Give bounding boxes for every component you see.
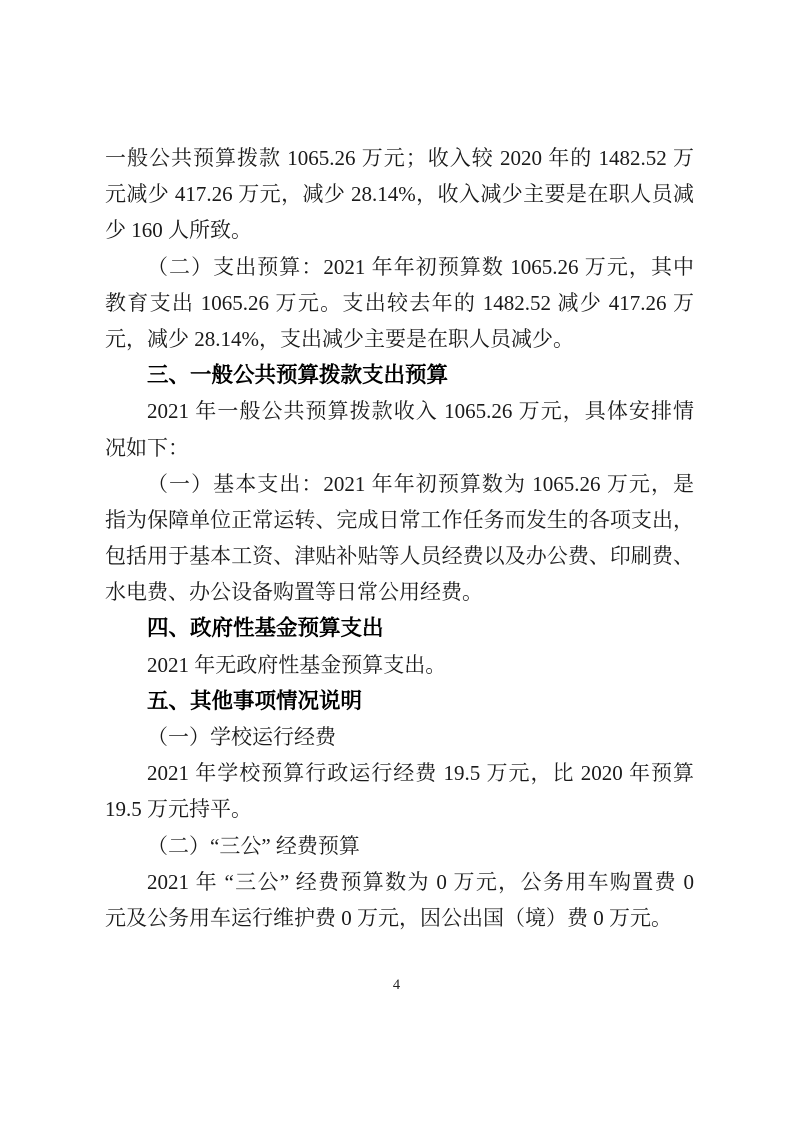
page-footer: 4 (0, 977, 793, 994)
text-line: （一）学校运行经费 (105, 719, 694, 755)
text-line: 2021 年一般公共预算拨款收入 1065.26 万元，具体安排情 (105, 393, 694, 429)
document-page: 一般公共预算拨款 1065.26 万元；收入较 2020 年的 1482.52 … (0, 0, 793, 1122)
text-line: 2021 年无政府性基金预算支出。 (105, 647, 694, 683)
document-body: 一般公共预算拨款 1065.26 万元；收入较 2020 年的 1482.52 … (105, 140, 694, 936)
text-line: 19.5 万元持平。 (105, 791, 694, 827)
text-line: 水电费、办公设备购置等日常公用经费。 (105, 574, 694, 610)
text-line: 元减少 417.26 万元，减少 28.14%，收入减少主要是在职人员减 (105, 176, 694, 212)
text-line: 元及公务用车运行维护费 0 万元，因公出国（境）费 0 万元。 (105, 900, 694, 936)
text-line: 包括用于基本工资、津贴补贴等人员经费以及办公费、印刷费、 (105, 538, 694, 574)
text-line: 教育支出 1065.26 万元。支出较去年的 1482.52 减少 417.26… (105, 285, 694, 321)
text-line: 2021 年 “三公” 经费预算数为 0 万元，公务用车购置费 0 (105, 864, 694, 900)
text-line: 一般公共预算拨款 1065.26 万元；收入较 2020 年的 1482.52 … (105, 140, 694, 176)
section-heading-line: 四、政府性基金预算支出 (105, 610, 694, 646)
text-line: 况如下： (105, 430, 694, 466)
page-number: 4 (393, 977, 400, 993)
text-line: 元，减少 28.14%，支出减少主要是在职人员减少。 (105, 321, 694, 357)
text-line: 指为保障单位正常运转、完成日常工作任务而发生的各项支出， (105, 502, 694, 538)
section-heading-line: 五、其他事项情况说明 (105, 683, 694, 719)
text-line: （一）基本支出：2021 年年初预算数为 1065.26 万元，是 (105, 466, 694, 502)
text-line: （二）“三公” 经费预算 (105, 828, 694, 864)
section-heading-line: 三、一般公共预算拨款支出预算 (105, 357, 694, 393)
text-line: 2021 年学校预算行政运行经费 19.5 万元，比 2020 年预算 (105, 755, 694, 791)
text-line: 少 160 人所致。 (105, 212, 694, 248)
text-line: （二）支出预算：2021 年年初预算数 1065.26 万元，其中 (105, 249, 694, 285)
